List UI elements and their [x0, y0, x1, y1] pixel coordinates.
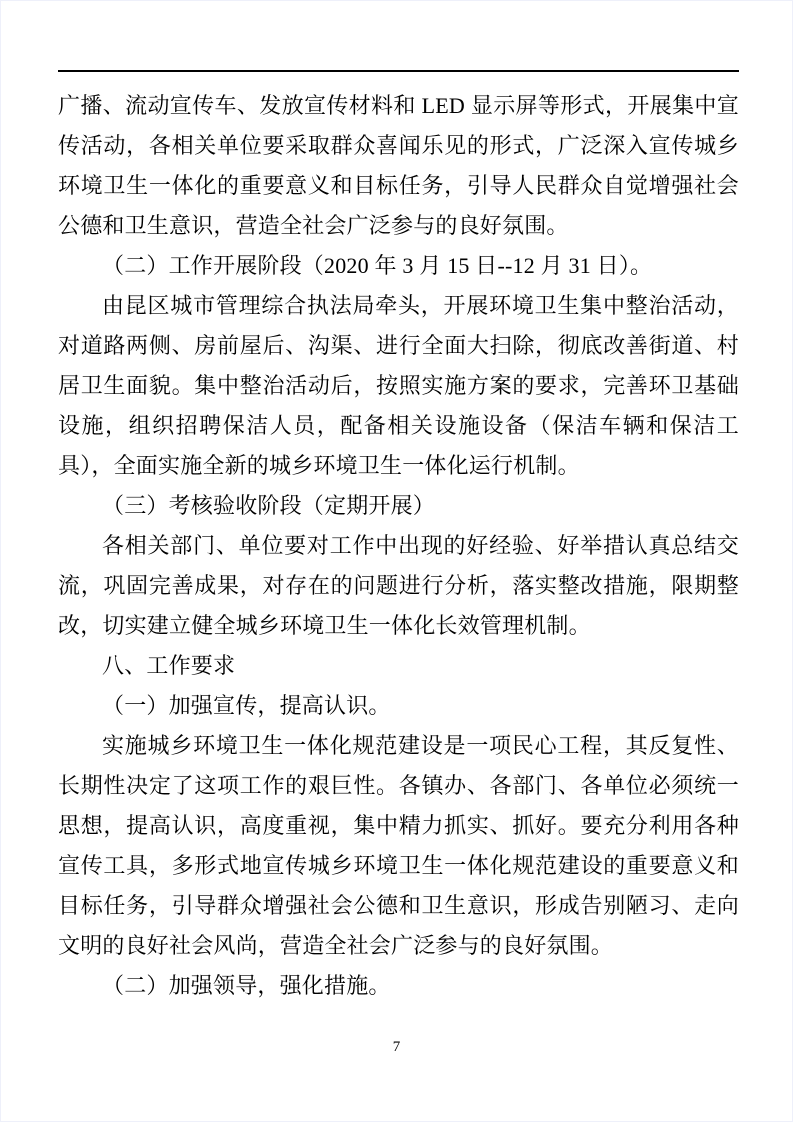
paragraph-stage-2-body: 由昆区城市管理综合执法局牵头，开展环境卫生集中整治活动，对道路两侧、房前屋后、沟… [58, 286, 739, 486]
paragraph-item-1-body: 实施城乡环境卫生一体化规范建设是一项民心工程，其反复性、长期性决定了这项工作的艰… [58, 726, 739, 966]
document-body: 广播、流动宣传车、发放宣传材料和 LED 显示屏等形式，开展集中宣传活动，各相关… [58, 86, 739, 1006]
paragraph-item-2-heading: （二）加强领导，强化措施。 [58, 966, 739, 1006]
paragraph-continuation: 广播、流动宣传车、发放宣传材料和 LED 显示屏等形式，开展集中宣传活动，各相关… [58, 86, 739, 246]
paragraph-item-1-heading: （一）加强宣传，提高认识。 [58, 686, 739, 726]
document-page: 广播、流动宣传车、发放宣传材料和 LED 显示屏等形式，开展集中宣传活动，各相关… [0, 0, 793, 1122]
page-number: 7 [393, 1039, 401, 1055]
page-footer: 7 [1, 1037, 792, 1057]
paragraph-section-8-heading: 八、工作要求 [58, 646, 739, 686]
header-rule [58, 70, 739, 72]
paragraph-stage-2-heading: （二）工作开展阶段（2020 年 3 月 15 日--12 月 31 日）。 [58, 246, 739, 286]
paragraph-stage-3-body: 各相关部门、单位要对工作中出现的好经验、好举措认真总结交流，巩固完善成果，对存在… [58, 526, 739, 646]
paragraph-stage-3-heading: （三）考核验收阶段（定期开展） [58, 486, 739, 526]
